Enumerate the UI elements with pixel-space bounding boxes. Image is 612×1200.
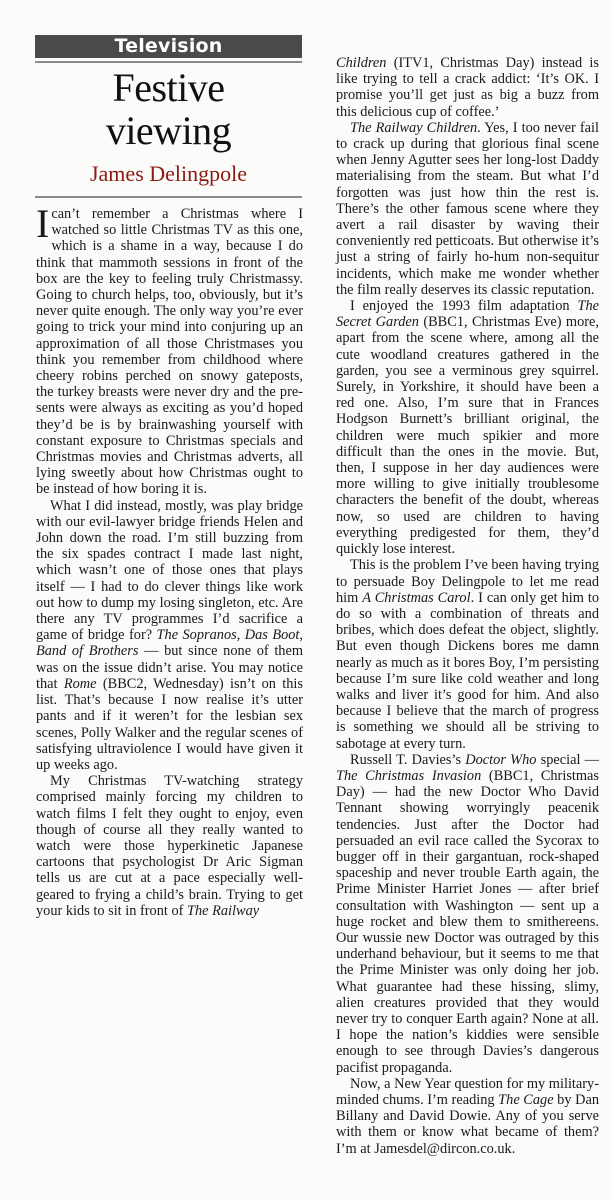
paragraph-2: What I did instead, mostly, was play bri… [36,498,303,773]
headline-line-1: Festive [35,66,302,109]
paragraph-8: Now, a New Year question for my mili­tar… [336,1076,599,1157]
title-railway-children: The Railway Children [350,120,477,136]
section-label: Television [35,35,302,58]
paragraph-5: I enjoyed the 1993 film adaptation The S… [336,298,599,557]
header-rule-bottom [35,196,302,198]
byline: James Delingpole [35,160,302,188]
title-band-of-brothers: Band of Brothers [36,643,138,659]
title-railway-children-part2: Children [336,55,386,71]
header-rule-top [35,61,302,63]
paragraph-4: The Railway Children. Yes, I too never f… [336,120,599,298]
title-das-boot: Das Boot [245,627,300,643]
article-column-right: Children (ITV1, Christmas Day) instead i… [336,55,599,1157]
title-doctor-who: Doctor Who [465,752,536,768]
paragraph-6: This is the problem I’ve been having try… [336,557,599,751]
paragraph-3: My Christmas TV-watching strategy compri… [36,773,303,919]
title-christmas-carol: A Christmas Carol [362,590,470,606]
headline-line-2: viewing [35,109,302,152]
drop-cap: I [36,208,49,239]
title-rome: Rome [64,676,97,692]
paragraph-3-continued: Children (ITV1, Christmas Day) instead i… [336,55,599,120]
title-sopranos: The Sopranos [157,627,237,643]
author-email: Jamesdel@dircon.co.uk [374,1141,511,1157]
title-christmas-invasion: The Christmas Invasion [336,768,481,784]
headline: Festive viewing [35,66,302,152]
article-column-left: Ican’t remember a Christmas where I watc… [36,206,303,919]
title-the-cage: The Cage [498,1092,553,1108]
title-railway-children-part1: The Railway [187,903,259,919]
paragraph-1: Ican’t remember a Christmas where I watc… [36,206,303,498]
paragraph-7: Russell T. Davies’s Doctor Who special —… [336,752,599,1076]
